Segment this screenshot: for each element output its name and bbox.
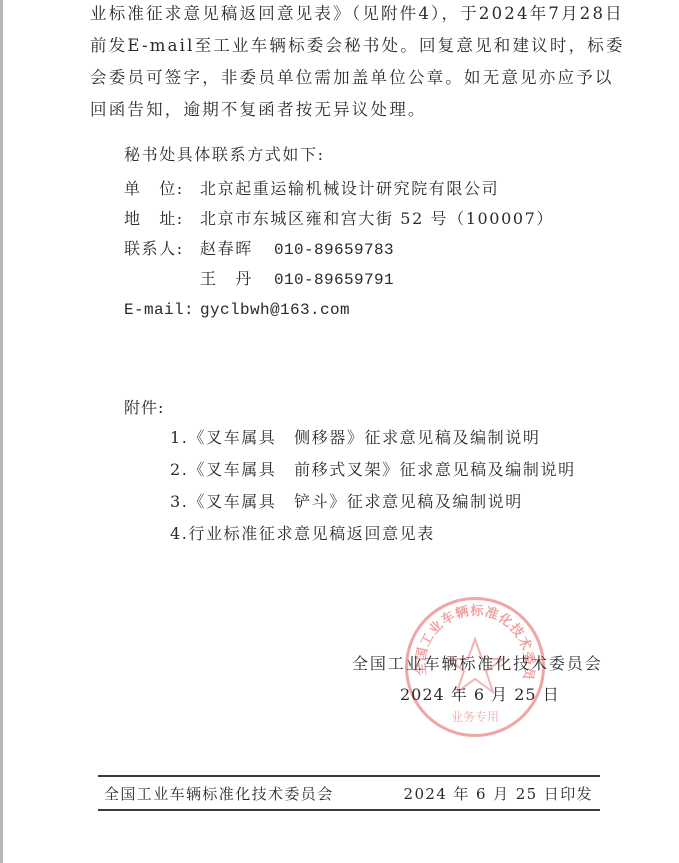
footer-issuer: 全国工业车辆标准化技术委员会: [104, 784, 334, 804]
email-value[interactable]: gyclbwh@163.com: [200, 301, 350, 319]
unit-value: 北京起重运输机械设计研究院有限公司: [200, 179, 499, 198]
address-value: 北京市东城区雍和宫大街 52 号（100007）: [200, 209, 554, 228]
attachment-item-2: 2.《叉车属具 前移式叉架》征求意见稿及编制说明: [170, 460, 576, 480]
contacts-label: 联系人:: [124, 239, 200, 259]
contact-person-row-2: 王 丹010-89659791: [124, 269, 394, 290]
contact-address-row: 地 址:北京市东城区雍和宫大街 52 号（100007）: [124, 209, 554, 229]
paragraph-line-4: 回函告知，逾期不复函者按无异议处理。: [90, 100, 427, 120]
signature-organization: 全国工业车辆标准化技术委员会: [352, 654, 603, 674]
contact-phone: 010-89659783: [274, 241, 394, 259]
attachment-item-1: 1.《叉车属具 侧移器》征求意见稿及编制说明: [170, 428, 540, 448]
contact-unit-row: 单 位:北京起重运输机械设计研究院有限公司: [124, 179, 499, 199]
paragraph-line-3: 会委员可签字，非委员单位需加盖单位公章。如无意见亦应予以: [90, 68, 614, 88]
footer-top-rule: [98, 775, 600, 777]
signature-date: 2024 年 6 月 25 日: [400, 685, 560, 705]
address-label: 地 址:: [124, 209, 200, 229]
attachment-item-3: 3.《叉车属具 铲斗》征求意见稿及编制说明: [170, 492, 523, 512]
contact-name: 王 丹: [200, 269, 274, 289]
contact-phone: 010-89659791: [274, 271, 394, 289]
contact-name: 赵春晖: [200, 239, 274, 259]
paragraph-line-1: 业标准征求意见稿返回意见表》（见附件4），于2024年7月28日: [90, 4, 624, 24]
contact-person-row-1: 联系人:赵春晖010-89659783: [124, 239, 394, 260]
attachments-heading: 附件:: [124, 398, 164, 418]
footer-issue-date: 2024 年 6 月 25 日印发: [404, 784, 593, 804]
contact-intro: 秘书处具体联系方式如下:: [124, 145, 325, 165]
paragraph-line-2: 前发E-mail至工业车辆标委会秘书处。回复意见和建议时，标委: [90, 36, 625, 56]
email-label: E-mail:: [124, 300, 200, 320]
attachment-item-4: 4.行业标准征求意见稿返回意见表: [170, 524, 435, 544]
contact-email-row: E-mail:gyclbwh@163.com: [124, 299, 350, 320]
footer-bottom-rule: [98, 809, 600, 811]
unit-label: 单 位:: [124, 179, 200, 199]
page-left-edge: [0, 0, 3, 863]
svg-text:业务专用: 业务专用: [451, 709, 499, 724]
